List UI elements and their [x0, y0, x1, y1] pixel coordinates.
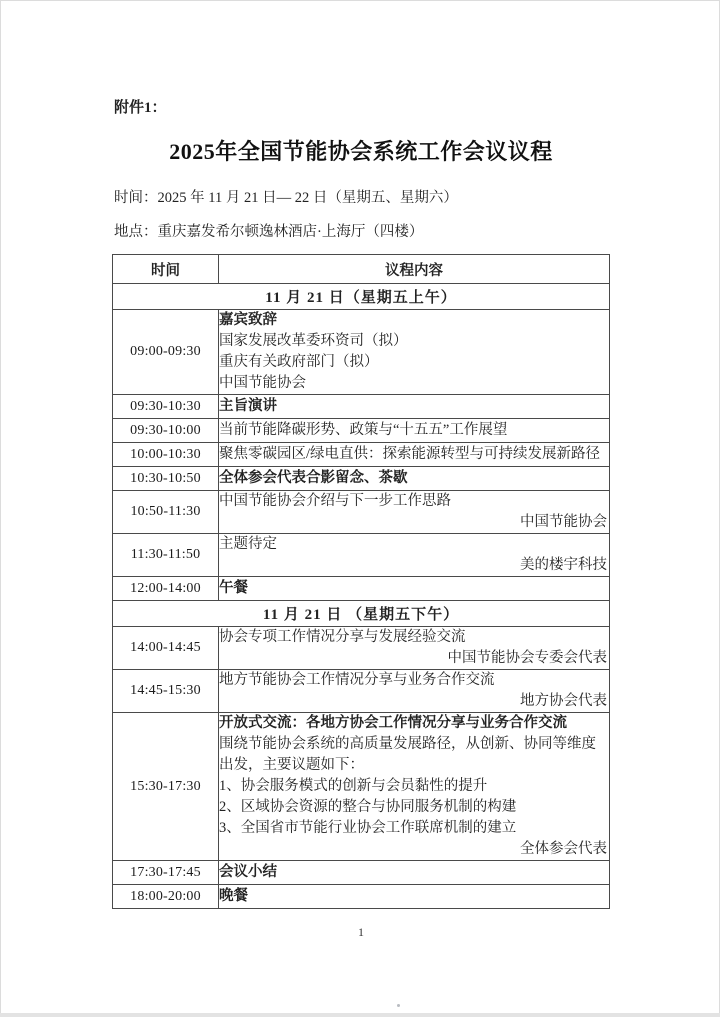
- content-cell: 地方节能协会工作情况分享与业务合作交流地方协会代表: [219, 670, 610, 713]
- agenda-item-title: 聚焦零碳园区/绿电直供：探索能源转型与可持续发展新路径: [219, 444, 609, 465]
- agenda-item-line: 重庆有关政府部门（拟）: [219, 352, 609, 373]
- agenda-item-line: 中国节能协会: [219, 373, 609, 394]
- agenda-item-attribution: 中国节能协会专委会代表: [219, 648, 609, 669]
- meta-time: 时间：2025 年 11 月 21 日— 22 日（星期五、星期六）: [114, 186, 610, 207]
- agenda-item-line: 国家发展改革委环资司（拟）: [219, 331, 609, 352]
- agenda-row: 10:00-10:30聚焦零碳园区/绿电直供：探索能源转型与可持续发展新路径: [113, 443, 610, 467]
- scan-artifact-dot: [397, 1004, 400, 1007]
- content-cell: 中国节能协会介绍与下一步工作思路中国节能协会: [219, 491, 610, 534]
- content-cell: 嘉宾致辞国家发展改革委环资司（拟）重庆有关政府部门（拟）中国节能协会: [219, 310, 610, 395]
- agenda-item-title: 会议小结: [219, 862, 609, 883]
- agenda-row: 09:00-09:30嘉宾致辞国家发展改革委环资司（拟）重庆有关政府部门（拟）中…: [113, 310, 610, 395]
- agenda-row: 12:00-14:00午餐: [113, 577, 610, 601]
- agenda-row: 11:30-11:50主题待定美的楼宇科技: [113, 534, 610, 577]
- table-header-time: 时间: [113, 255, 219, 284]
- section-row: 11 月 21 日 （星期五下午）: [113, 601, 610, 627]
- content-cell: 晚餐: [219, 885, 610, 909]
- agenda-item-attribution: 全体参会代表: [219, 839, 609, 860]
- agenda-item-title: 当前节能降碳形势、政策与“十五五”工作展望: [219, 420, 609, 441]
- time-cell: 09:00-09:30: [113, 310, 219, 395]
- agenda-table: 时间 议程内容 11 月 21 日（星期五上午）09:00-09:30嘉宾致辞国…: [112, 254, 610, 909]
- agenda-row: 09:30-10:00当前节能降碳形势、政策与“十五五”工作展望: [113, 419, 610, 443]
- document-sheet: 附件1： 2025年全国节能协会系统工作会议议程 时间：2025 年 11 月 …: [0, 0, 720, 1017]
- agenda-item-title: 开放式交流：各地方协会工作情况分享与业务合作交流: [219, 713, 609, 734]
- content-cell: 全体参会代表合影留念、茶歇: [219, 467, 610, 491]
- agenda-row: 09:30-10:30主旨演讲: [113, 395, 610, 419]
- agenda-row: 14:45-15:30地方节能协会工作情况分享与业务合作交流地方协会代表: [113, 670, 610, 713]
- section-label: 11 月 21 日（星期五上午）: [113, 284, 610, 310]
- time-cell: 09:30-10:00: [113, 419, 219, 443]
- content-cell: 会议小结: [219, 861, 610, 885]
- attachment-label: 附件1：: [114, 96, 610, 117]
- page-number: 1: [112, 925, 610, 940]
- agenda-row: 14:00-14:45协会专项工作情况分享与发展经验交流中国节能协会专委会代表: [113, 627, 610, 670]
- content-cell: 主旨演讲: [219, 395, 610, 419]
- agenda-item-title: 主题待定: [219, 534, 609, 555]
- bottom-scan-edge: [0, 1013, 720, 1017]
- agenda-item-line: 1、协会服务模式的创新与会员黏性的提升: [219, 776, 609, 797]
- agenda-item-attribution: 美的楼宇科技: [219, 555, 609, 576]
- content-cell: 开放式交流：各地方协会工作情况分享与业务合作交流围绕节能协会系统的高质量发展路径…: [219, 713, 610, 861]
- agenda-item-line: 3、全国省市节能行业协会工作联席机制的建立: [219, 818, 609, 839]
- document-page: { "page": { "attachment_label": "附件1：", …: [0, 0, 720, 1017]
- time-cell: 14:45-15:30: [113, 670, 219, 713]
- agenda-row: 15:30-17:30开放式交流：各地方协会工作情况分享与业务合作交流围绕节能协…: [113, 713, 610, 861]
- agenda-row: 10:50-11:30中国节能协会介绍与下一步工作思路中国节能协会: [113, 491, 610, 534]
- content-cell: 协会专项工作情况分享与发展经验交流中国节能协会专委会代表: [219, 627, 610, 670]
- agenda-item-attribution: 中国节能协会: [219, 512, 609, 533]
- time-cell: 15:30-17:30: [113, 713, 219, 861]
- agenda-item-title: 晚餐: [219, 886, 609, 907]
- content-cell: 午餐: [219, 577, 610, 601]
- time-cell: 10:50-11:30: [113, 491, 219, 534]
- table-header-row: 时间 议程内容: [113, 255, 610, 284]
- agenda-table-body: 11 月 21 日（星期五上午）09:00-09:30嘉宾致辞国家发展改革委环资…: [113, 284, 610, 909]
- content-cell: 当前节能降碳形势、政策与“十五五”工作展望: [219, 419, 610, 443]
- time-cell: 11:30-11:50: [113, 534, 219, 577]
- agenda-item-title: 全体参会代表合影留念、茶歇: [219, 468, 609, 489]
- section-row: 11 月 21 日（星期五上午）: [113, 284, 610, 310]
- content-cell: 聚焦零碳园区/绿电直供：探索能源转型与可持续发展新路径: [219, 443, 610, 467]
- time-cell: 14:00-14:45: [113, 627, 219, 670]
- agenda-item-line: 2、区域协会资源的整合与协同服务机制的构建: [219, 797, 609, 818]
- agenda-item-title: 午餐: [219, 578, 609, 599]
- agenda-item-attribution: 地方协会代表: [219, 691, 609, 712]
- time-cell: 17:30-17:45: [113, 861, 219, 885]
- agenda-item-title: 嘉宾致辞: [219, 310, 609, 331]
- agenda-row: 17:30-17:45会议小结: [113, 861, 610, 885]
- meta-location: 地点：重庆嘉发希尔顿逸林酒店·上海厅（四楼）: [114, 220, 610, 241]
- page-title: 2025年全国节能协会系统工作会议议程: [112, 135, 610, 166]
- agenda-item-title: 地方节能协会工作情况分享与业务合作交流: [219, 670, 609, 691]
- time-cell: 18:00-20:00: [113, 885, 219, 909]
- agenda-row: 10:30-10:50全体参会代表合影留念、茶歇: [113, 467, 610, 491]
- agenda-row: 18:00-20:00晚餐: [113, 885, 610, 909]
- agenda-item-title: 协会专项工作情况分享与发展经验交流: [219, 627, 609, 648]
- time-cell: 10:30-10:50: [113, 467, 219, 491]
- agenda-item-title: 主旨演讲: [219, 396, 609, 417]
- agenda-item-title: 中国节能协会介绍与下一步工作思路: [219, 491, 609, 512]
- section-label: 11 月 21 日 （星期五下午）: [113, 601, 610, 627]
- time-cell: 09:30-10:30: [113, 395, 219, 419]
- table-header-content: 议程内容: [219, 255, 610, 284]
- time-cell: 12:00-14:00: [113, 577, 219, 601]
- agenda-item-line: 围绕节能协会系统的高质量发展路径，从创新、协同等维度出发，主要议题如下：: [219, 734, 609, 776]
- content-cell: 主题待定美的楼宇科技: [219, 534, 610, 577]
- time-cell: 10:00-10:30: [113, 443, 219, 467]
